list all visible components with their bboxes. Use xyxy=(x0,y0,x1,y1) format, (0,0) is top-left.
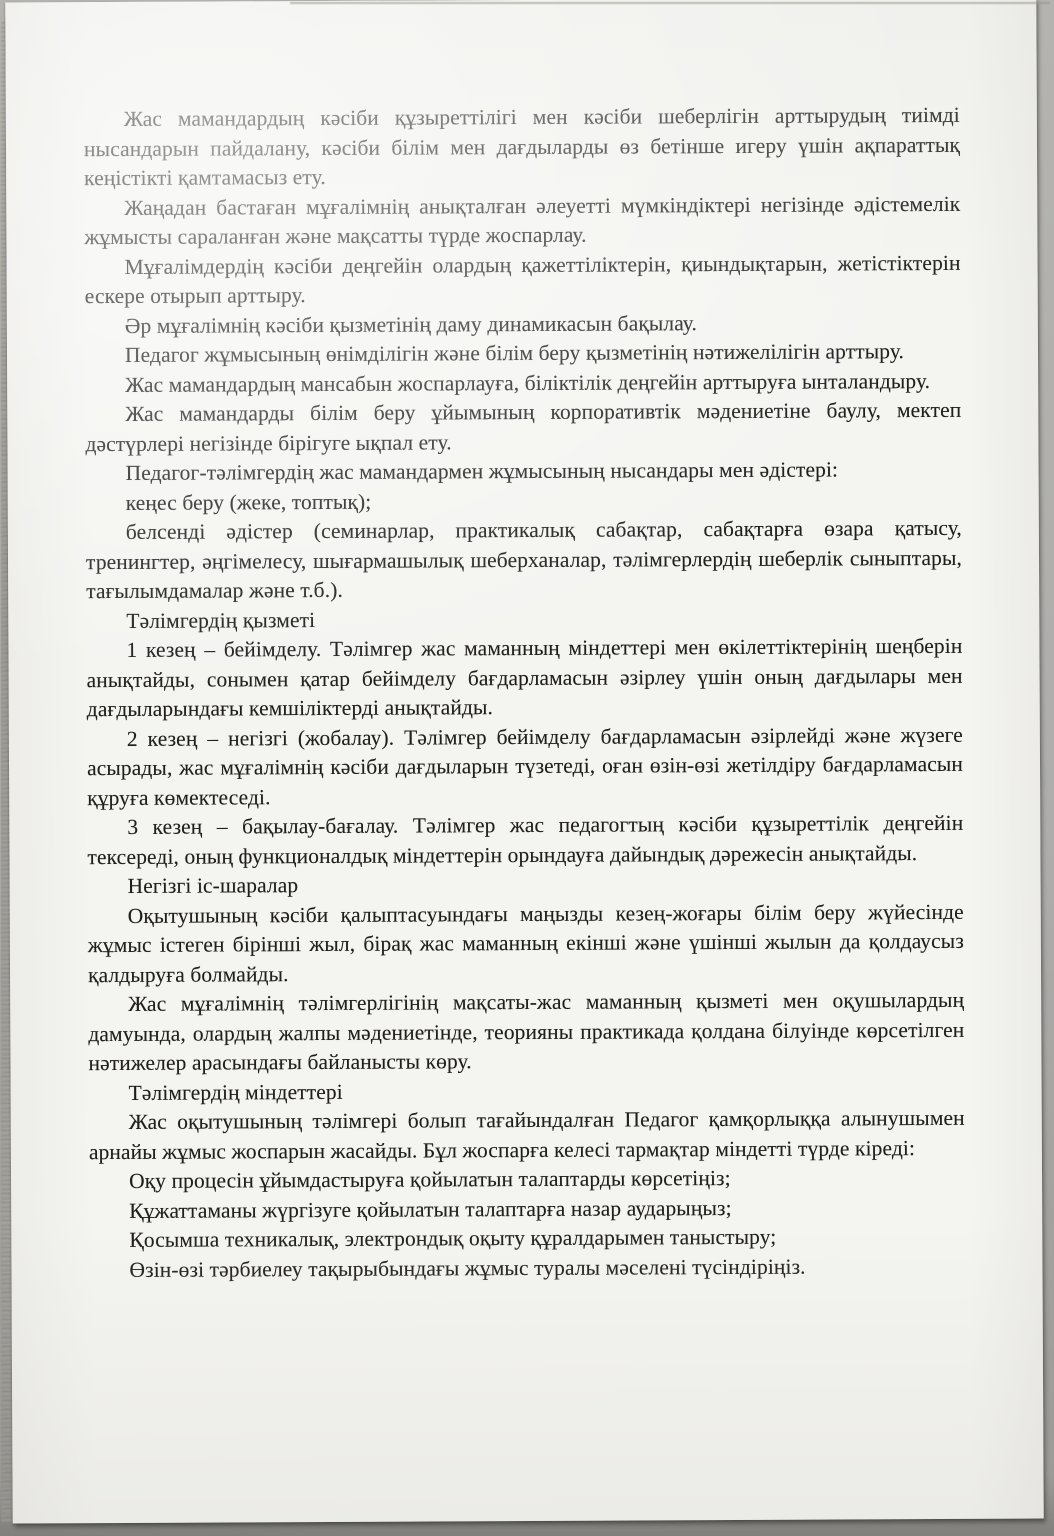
document-text-block: Жас мамандардың кәсіби құзыреттілігі мен… xyxy=(84,101,966,1285)
paragraph: Жас мамандардың кәсіби құзыреттілігі мен… xyxy=(84,101,960,194)
paragraph: 2 кезең – негізгі (жобалау). Тәлімгер бе… xyxy=(87,720,963,813)
list-item: Оқу процесін ұйымдастыруға қойылатын тал… xyxy=(89,1163,965,1197)
scanned-document-page: Жас мамандардың кәсіби құзыреттілігі мен… xyxy=(0,0,1054,1536)
paragraph: 1 кезең – бейімделу. Тәлімгер жас маманн… xyxy=(86,632,962,725)
paragraph: 3 кезең – бақылау-бағалау. Тәлімгер жас … xyxy=(87,809,963,872)
list-item: Қосымша техникалық, электрондық оқыту құ… xyxy=(89,1222,965,1256)
paragraph: Педагог жұмысының өнімділігін және білім… xyxy=(85,337,961,371)
paragraph: Жас оқытушының тәлімгері болып тағайында… xyxy=(89,1104,965,1167)
list-item: кеңес беру (жеке, топтық); xyxy=(86,484,962,518)
paragraph: Жаңадан бастаған мұғалімнің анықталған ә… xyxy=(84,189,960,252)
scan-artifact-line xyxy=(290,2,1050,4)
paragraph: Жас мамандарды білім беру ұйымының корпо… xyxy=(85,396,961,459)
list-item: белсенді әдістер (семинарлар, практикалы… xyxy=(86,514,962,607)
paragraph: Мұғалімдердің кәсіби деңгейін олардың қа… xyxy=(85,248,961,311)
paragraph: Жас мамандардың мансабын жоспарлауға, бі… xyxy=(85,366,961,400)
section-heading: Тәлімгердің қызметі xyxy=(86,602,962,636)
paragraph: Жас мұғалімнің тәлімгерлігінің мақсаты-ж… xyxy=(88,986,964,1079)
paragraph: Әр мұғалімнің кәсіби қызметінің даму дин… xyxy=(85,307,961,341)
list-item: Құжаттаманы жүргізуге қойылатын талаптар… xyxy=(89,1192,965,1226)
paper-sheet: Жас мамандардың кәсіби құзыреттілігі мен… xyxy=(5,0,1043,1524)
section-heading: Тәлімгердің міндеттері xyxy=(89,1074,965,1108)
paragraph: Педагог-тәлімгердің жас мамандармен жұмы… xyxy=(86,455,962,489)
list-item: Өзін-өзі тәрбиелеу тақырыбындағы жұмыс т… xyxy=(89,1251,965,1285)
paragraph: Оқытушының кәсіби қалыптасуындағы маңызд… xyxy=(88,897,964,990)
section-heading: Негізгі іс-шаралар xyxy=(88,868,964,902)
